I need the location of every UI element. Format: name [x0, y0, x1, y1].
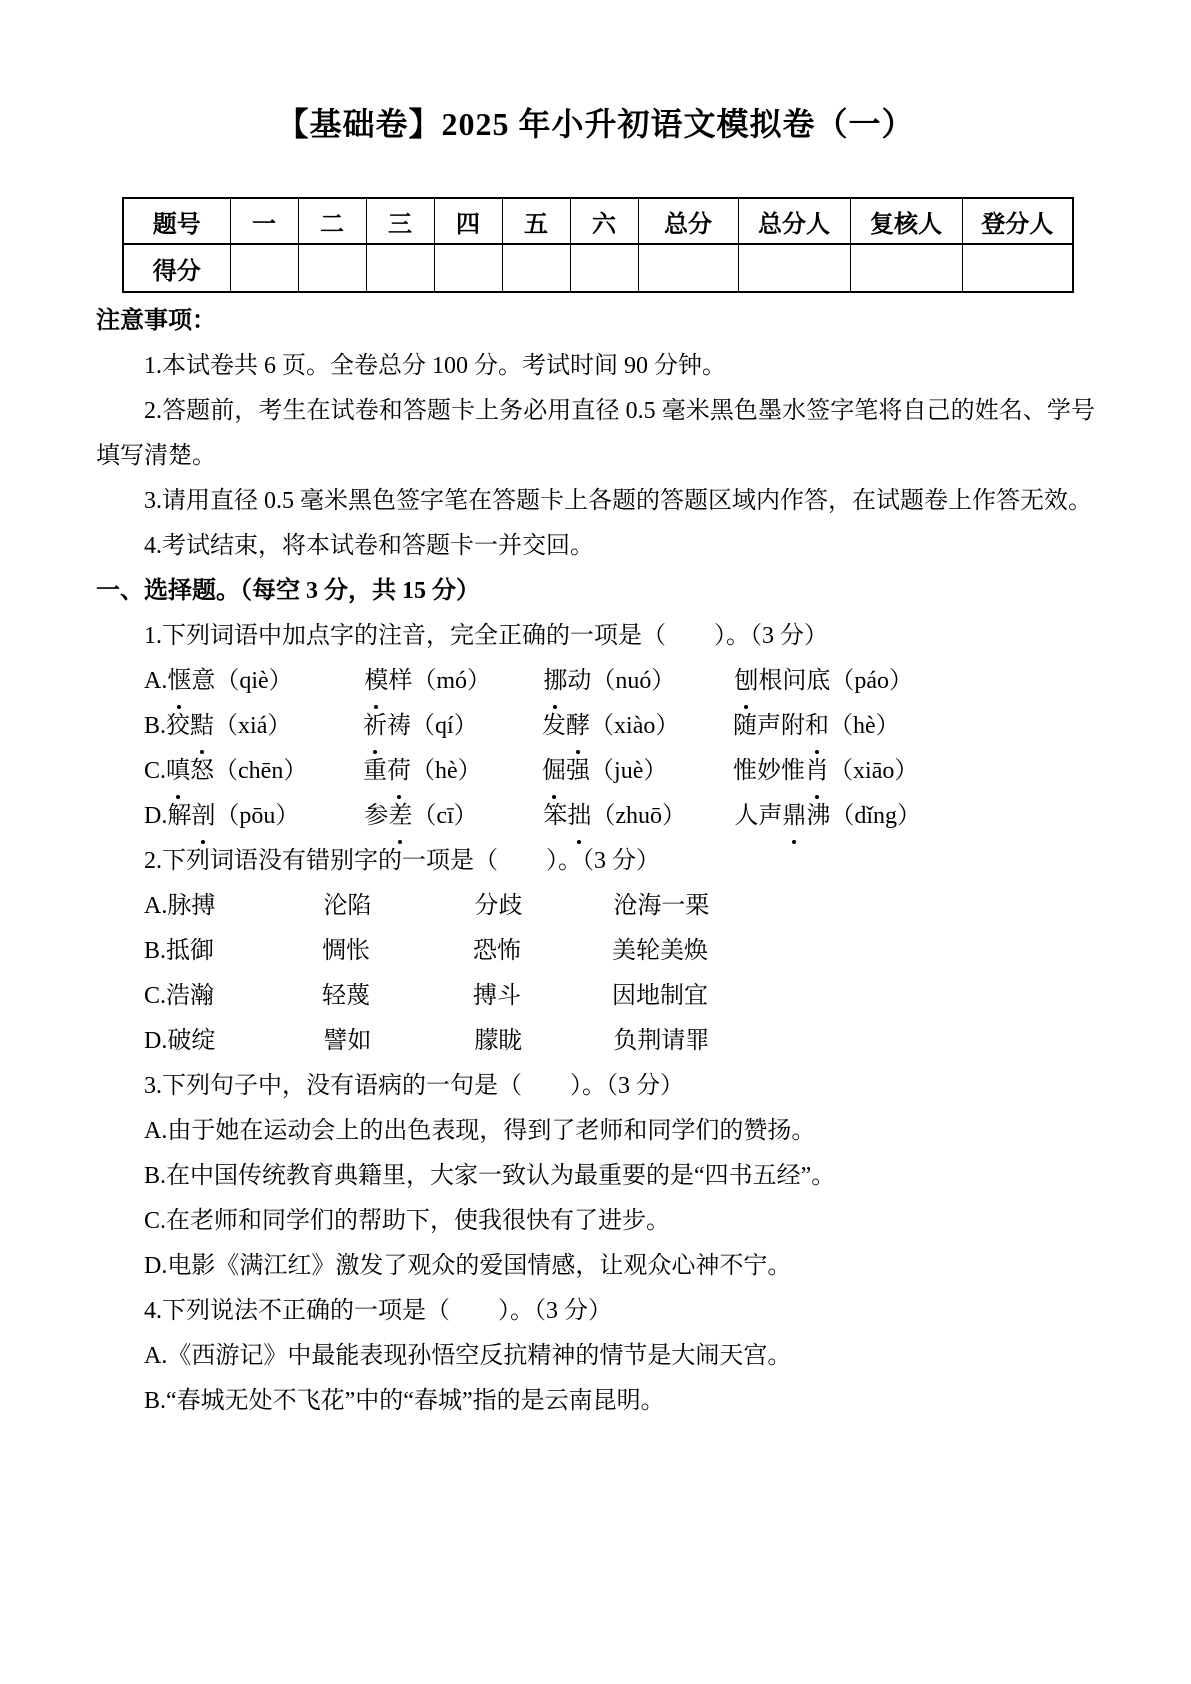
score-cell [738, 244, 850, 292]
score-cell [230, 244, 298, 292]
header-cell-reviewer: 复核人 [850, 198, 962, 244]
option-label: D. [144, 794, 167, 839]
score-table-header-row: 题号 一 二 三 四 五 六 总分 总分人 复核人 登分人 [123, 198, 1073, 244]
header-cell-5: 五 [502, 198, 570, 244]
header-cell-question-no: 题号 [123, 198, 230, 244]
exam-page: 【基础卷】2025 年小升初语文模拟卷（一） 题号 一 二 三 四 五 六 总分… [0, 103, 1191, 1424]
question-1-option-b: B.狡黠（xiá）祈祷（qí）发酵（xiào）随声附和（hè） [96, 704, 1095, 749]
question-3-stem: 3.下列句子中，没有语病的一句是（ ）。（3 分） [96, 1064, 1095, 1109]
question-1-option-d: D.解剖（pōu）参差（cī）笨拙（zhuō）人声鼎沸（dǐng） [96, 794, 1095, 839]
question-3-option-d: D.电影《满江红》激发了观众的爱国情感，让观众心神不宁。 [96, 1244, 1095, 1289]
header-cell-4: 四 [434, 198, 502, 244]
option-words: 破绽譬如朦眬负荆请罪 [167, 1019, 709, 1064]
question-4-option-b: B.“春城无处不飞花”中的“春城”指的是云南昆明。 [96, 1379, 1095, 1424]
note-item-1: 1.本试卷共 6 页。全卷总分 100 分。考试时间 90 分钟。 [96, 344, 1095, 389]
score-cell [570, 244, 638, 292]
note-item-4: 4.考试结束，将本试卷和答题卡一并交回。 [96, 524, 1095, 569]
question-1-option-a: A.惬意（qiè）模样（mó）挪动（nuó）刨根问底（páo） [96, 659, 1095, 704]
question-1-stem: 1.下列词语中加点字的注音，完全正确的一项是（ ）。（3 分） [96, 614, 1095, 659]
option-words: 抵御惆怅恐怖美轮美焕 [166, 929, 708, 974]
question-2-option-d: D.破绽譬如朦眬负荆请罪 [96, 1019, 1095, 1064]
option-label: A. [144, 884, 167, 929]
score-cell [850, 244, 962, 292]
option-label: C. [144, 749, 166, 794]
header-cell-6: 六 [570, 198, 638, 244]
question-2-stem: 2.下列词语没有错别字的一项是（ ）。（3 分） [96, 839, 1095, 884]
question-3-option-c: C.在老师和同学们的帮助下，使我很快有了进步。 [96, 1199, 1095, 1244]
option-label: D. [144, 1019, 167, 1064]
header-cell-1: 一 [230, 198, 298, 244]
question-4-stem: 4.下列说法不正确的一项是（ ）。（3 分） [96, 1289, 1095, 1334]
score-cell [638, 244, 738, 292]
option-words: 解剖（pōu）参差（cī）笨拙（zhuō）人声鼎沸（dǐng） [167, 794, 921, 839]
header-cell-recorder: 登分人 [962, 198, 1073, 244]
score-table: 题号 一 二 三 四 五 六 总分 总分人 复核人 登分人 得分 [122, 197, 1074, 293]
question-3-option-a: A.由于她在运动会上的出色表现，得到了老师和同学们的赞扬。 [96, 1109, 1095, 1154]
header-cell-total: 总分 [638, 198, 738, 244]
question-4-option-a: A.《西游记》中最能表现孙悟空反抗精神的情节是大闹天宫。 [96, 1334, 1095, 1379]
option-label: B. [144, 704, 166, 749]
option-label: A. [144, 659, 167, 704]
question-3-option-b: B.在中国传统教育典籍里，大家一致认为最重要的是“四书五经”。 [96, 1154, 1095, 1199]
score-table-score-row: 得分 [123, 244, 1073, 292]
option-words: 浩瀚轻蔑搏斗因地制宜 [166, 974, 708, 1019]
question-2-option-a: A.脉搏沦陷分歧沧海一栗 [96, 884, 1095, 929]
score-row-label: 得分 [123, 244, 230, 292]
question-2-option-b: B.抵御惆怅恐怖美轮美焕 [96, 929, 1095, 974]
notes-heading: 注意事项： [96, 299, 1095, 344]
option-label: B. [144, 929, 166, 974]
question-1-option-c: C.嗔怒（chēn）重荷（hè）倔强（juè）惟妙惟肖（xiāo） [96, 749, 1095, 794]
option-words: 惬意（qiè）模样（mó）挪动（nuó）刨根问底（páo） [167, 659, 913, 704]
option-words: 狡黠（xiá）祈祷（qí）发酵（xiào）随声附和（hè） [166, 704, 900, 749]
score-cell [298, 244, 366, 292]
note-item-2: 2.答题前，考生在试卷和答题卡上务必用直径 0.5 毫米黑色墨水签字笔将自己的姓… [96, 389, 1095, 479]
option-words: 嗔怒（chēn）重荷（hè）倔强（juè）惟妙惟肖（xiāo） [166, 749, 918, 794]
header-cell-total-person: 总分人 [738, 198, 850, 244]
score-cell [502, 244, 570, 292]
score-cell [962, 244, 1073, 292]
note-item-3: 3.请用直径 0.5 毫米黑色签字笔在答题卡上各题的答题区域内作答，在试题卷上作… [96, 479, 1095, 524]
header-cell-3: 三 [366, 198, 434, 244]
score-cell [434, 244, 502, 292]
question-2-option-c: C.浩瀚轻蔑搏斗因地制宜 [96, 974, 1095, 1019]
option-label: C. [144, 974, 166, 1019]
section-1-heading: 一、选择题。（每空 3 分，共 15 分） [96, 569, 1095, 614]
option-words: 脉搏沦陷分歧沧海一栗 [167, 884, 709, 929]
page-title: 【基础卷】2025 年小升初语文模拟卷（一） [96, 103, 1095, 145]
score-cell [366, 244, 434, 292]
header-cell-2: 二 [298, 198, 366, 244]
